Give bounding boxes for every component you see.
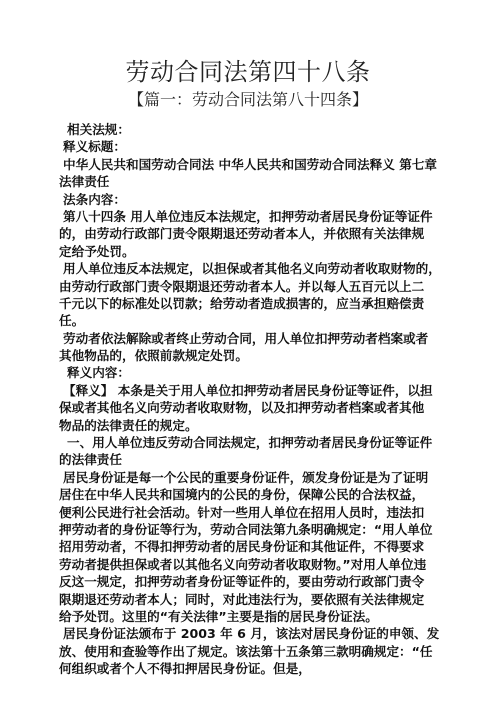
text-line: 一、用人单位违反劳动合同法规定，扣押劳动者居民身份证等证件 [59, 434, 451, 451]
text-line: 给予处罚。这里的“有关法律”主要是指的居民身份证法。 [59, 608, 451, 625]
text-line: 招用劳动者，不得扣押劳动者的居民身份证和其他证件，不得要求 [59, 538, 451, 555]
text-line: 居住在中华人民共和国境内的公民的身份，保障公民的合法权益， [59, 486, 451, 503]
text-line: 何组织或者个人不得扣押居民身份证。但是， [59, 660, 451, 677]
text-line: 居民身份证法颁布于 2003 年 6 月，该法对居民身份证的申领、发 [59, 625, 451, 642]
text-line: 释义标题： [59, 138, 451, 155]
text-line: 劳动者提供担保或者以其他名义向劳动者收取财物。”对用人单位违 [59, 556, 451, 573]
text-line: 释义内容： [59, 364, 451, 381]
text-line: 千元以下的标准处以罚款；给劳动者造成损害的，应当承担赔偿责 [59, 295, 451, 312]
text-line: 押劳动者的身份证等行为，劳动合同法第九条明确规定：“用人单位 [59, 521, 451, 538]
text-line: 物品的法律责任的规定。 [59, 417, 451, 434]
document-body: 相关法规：释义标题：中华人民共和国劳动合同法 中华人民共和国劳动合同法释义 第七… [59, 121, 451, 678]
text-line: 放、使用和查验等作出了规定。该法第十五条第三款明确规定：“任 [59, 643, 451, 660]
document-subtitle: 【篇一：劳动合同法第八十四条】 [0, 90, 496, 110]
text-line: 相关法规： [59, 121, 451, 138]
text-line: 中华人民共和国劳动合同法 中华人民共和国劳动合同法释义 第七章 [59, 156, 451, 173]
text-line: 限期退还劳动者本人；同时，对此违法行为，要依照有关法律规定 [59, 591, 451, 608]
text-line: 用人单位违反本法规定，以担保或者其他名义向劳动者收取财物的， [59, 260, 451, 277]
text-line: 的法律责任 [59, 451, 451, 468]
text-line: 由劳动行政部门责令限期退还劳动者本人。并以每人五百元以上二 [59, 278, 451, 295]
text-line: 便利公民进行社会活动。针对一些用人单位在招用人员时，违法扣 [59, 504, 451, 521]
text-line: 法律责任 [59, 173, 451, 190]
text-line: 定给予处罚。 [59, 243, 451, 260]
text-line: 【释义】 本条是关于用人单位扣押劳动者居民身份证等证件，以担 [59, 382, 451, 399]
text-line: 劳动者依法解除或者终止劳动合同，用人单位扣押劳动者档案或者 [59, 330, 451, 347]
text-line: 任。 [59, 312, 451, 329]
text-line: 反这一规定，扣押劳动者身份证等证件的，要由劳动行政部门责令 [59, 573, 451, 590]
text-line: 第八十四条 用人单位违反本法规定，扣押劳动者居民身份证等证件 [59, 208, 451, 225]
text-line: 的，由劳动行政部门责令限期退还劳动者本人，并依照有关法律规 [59, 225, 451, 242]
text-line: 保或者其他名义向劳动者收取财物，以及扣押劳动者档案或者其他 [59, 399, 451, 416]
text-line: 居民身份证是每一个公民的重要身份证件，颁发身份证是为了证明 [59, 469, 451, 486]
document-title: 劳动合同法第四十八条 [0, 57, 496, 87]
text-line: 法条内容： [59, 191, 451, 208]
text-line: 其他物品的，依照前款规定处罚。 [59, 347, 451, 364]
